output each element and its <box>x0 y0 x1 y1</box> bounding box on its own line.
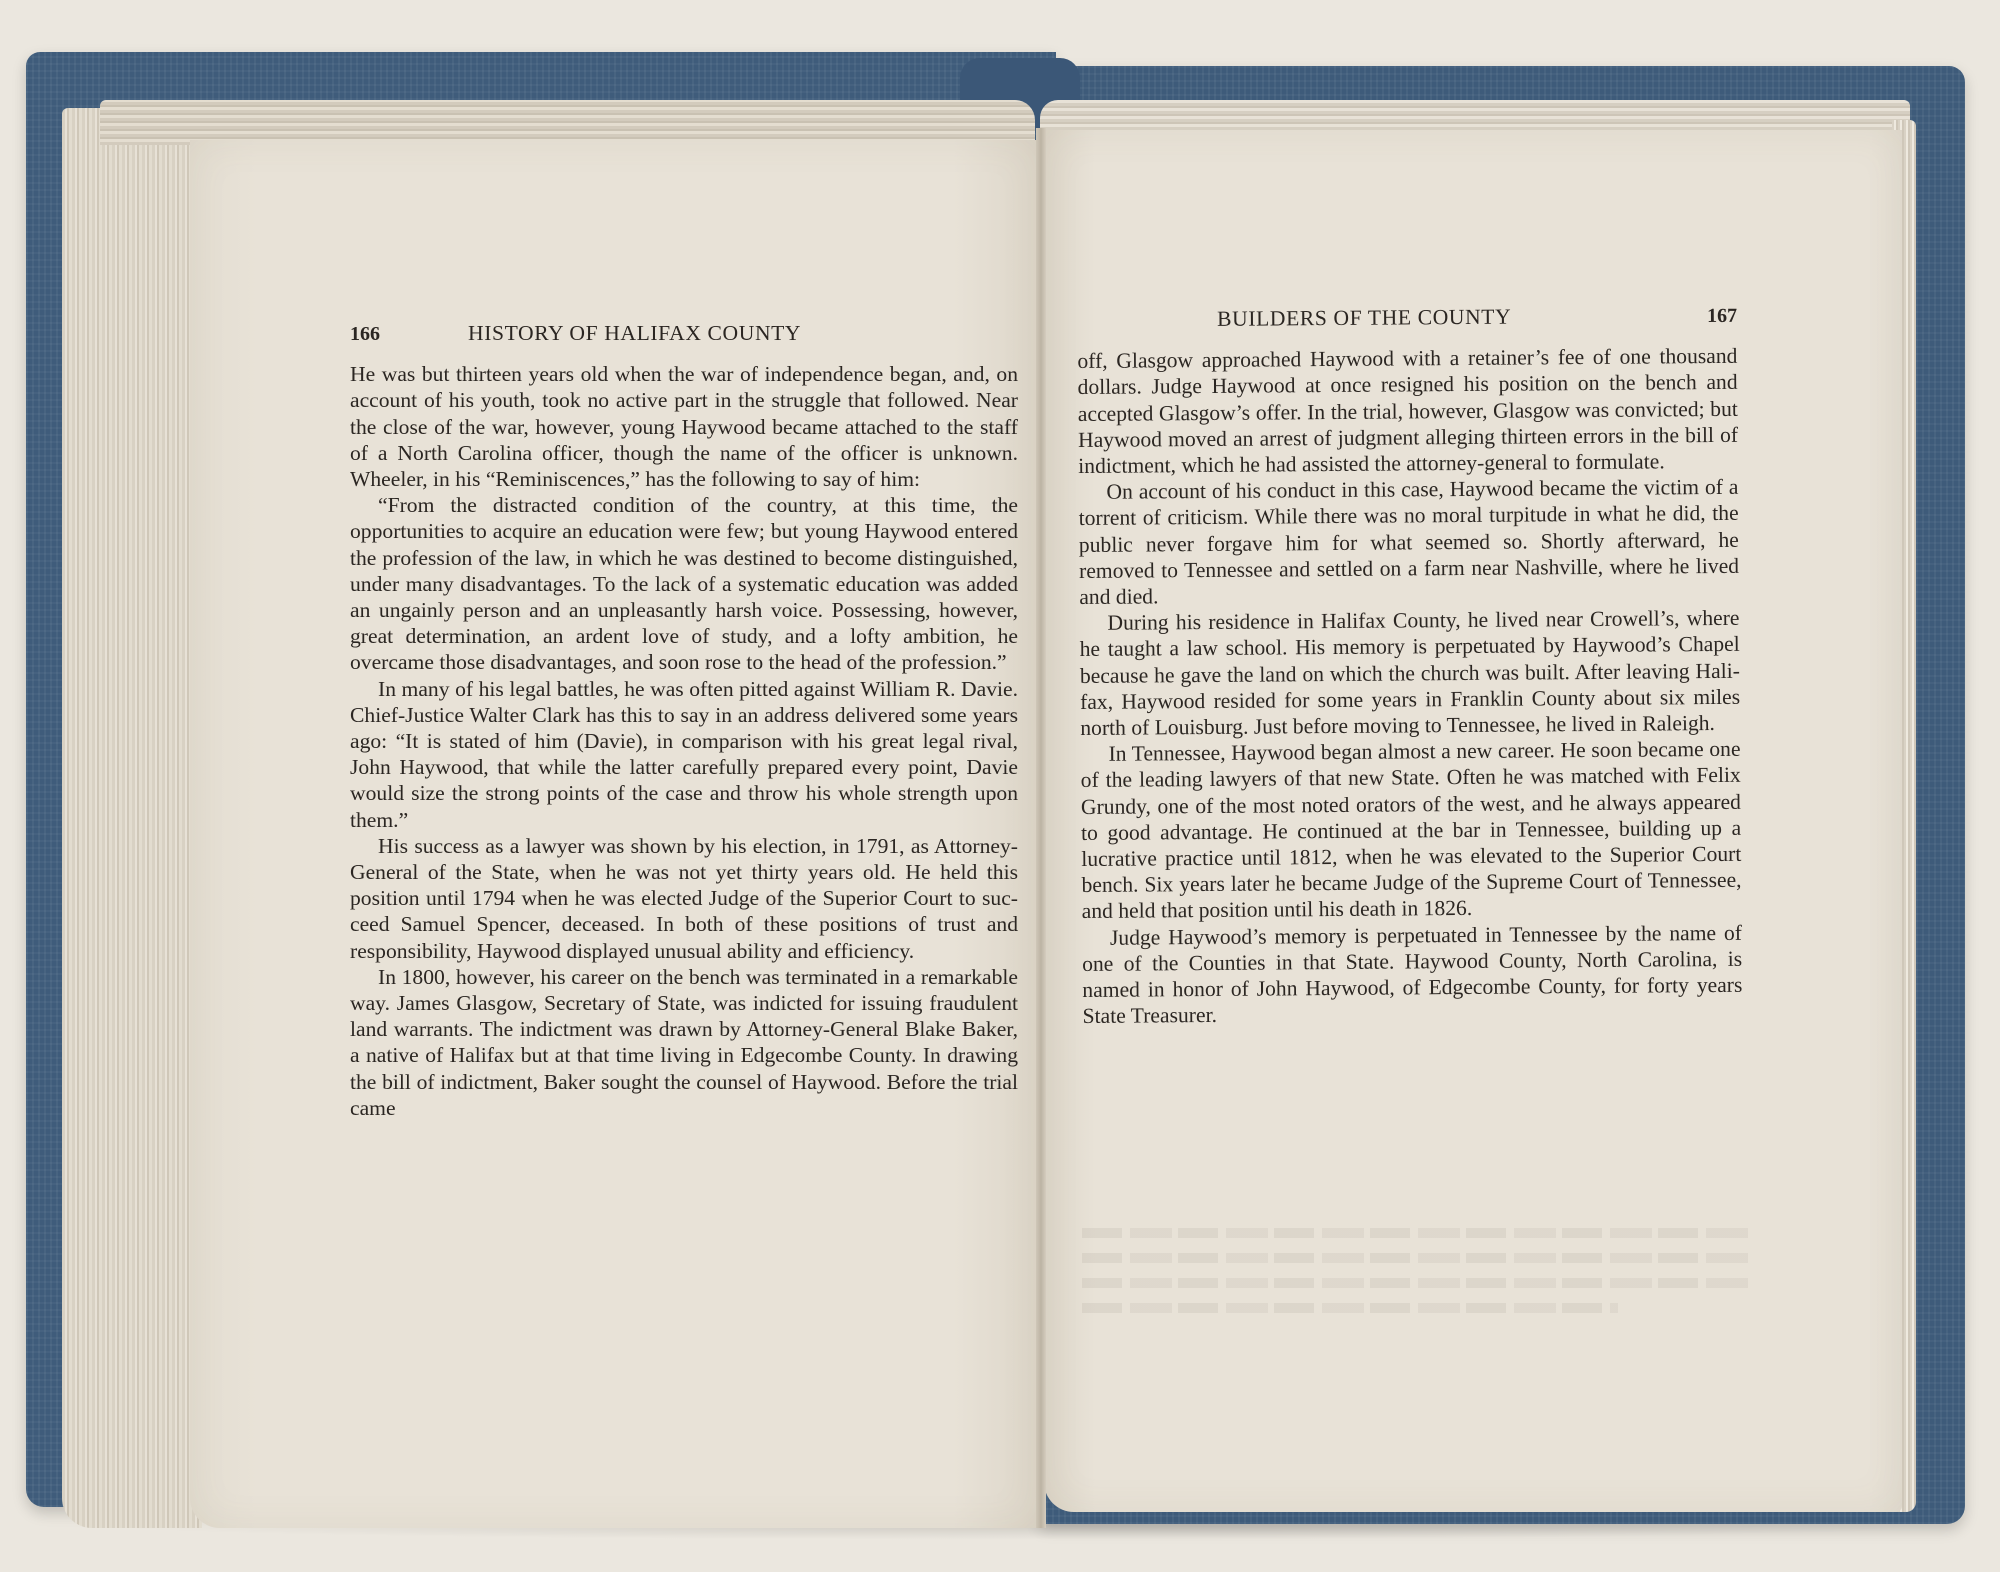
paragraph: On account of his conduct in this case, … <box>1078 474 1739 610</box>
paragraph: In Tennessee, Haywood began almost a new… <box>1080 736 1741 925</box>
page-edges-top-left <box>100 100 1035 145</box>
right-page-text: BUILDERS OF THE COUNTY 167 off, Glasgow … <box>1077 302 1743 1030</box>
left-page-text: 166 HISTORY OF HALIFAX COUNTY He was but… <box>350 320 1018 1121</box>
paragraph: In 1800, however, his career on the benc… <box>350 964 1018 1121</box>
paragraph: He was but thirteen years old when the w… <box>350 361 1018 492</box>
paragraph: During his residence in Halifax County, … <box>1079 605 1740 741</box>
paragraph: In many of his legal battles, he was oft… <box>350 676 1018 833</box>
running-head-title: BUILDERS OF THE COUNTY <box>1077 302 1707 333</box>
right-running-head: BUILDERS OF THE COUNTY 167 <box>1077 302 1737 334</box>
paragraph: Judge Haywood’s memory is perpetuated in… <box>1082 919 1743 1029</box>
left-running-head: 166 HISTORY OF HALIFAX COUNTY <box>350 320 1018 347</box>
open-book-scene: 166 HISTORY OF HALIFAX COUNTY He was but… <box>0 0 2000 1572</box>
paragraph: off, Glasgow approached Haywood with a r… <box>1077 343 1738 479</box>
show-through-text <box>1082 1228 1752 1328</box>
paragraph: His success as a lawyer was shown by his… <box>350 833 1018 964</box>
page-number: 167 <box>1707 303 1737 329</box>
running-head-title: HISTORY OF HALIFAX COUNTY <box>380 320 1018 346</box>
gutter <box>1036 128 1046 1528</box>
paragraph: “From the distracted condition of the co… <box>350 492 1018 675</box>
page-edges-left <box>62 108 202 1528</box>
page-number: 166 <box>350 321 380 347</box>
